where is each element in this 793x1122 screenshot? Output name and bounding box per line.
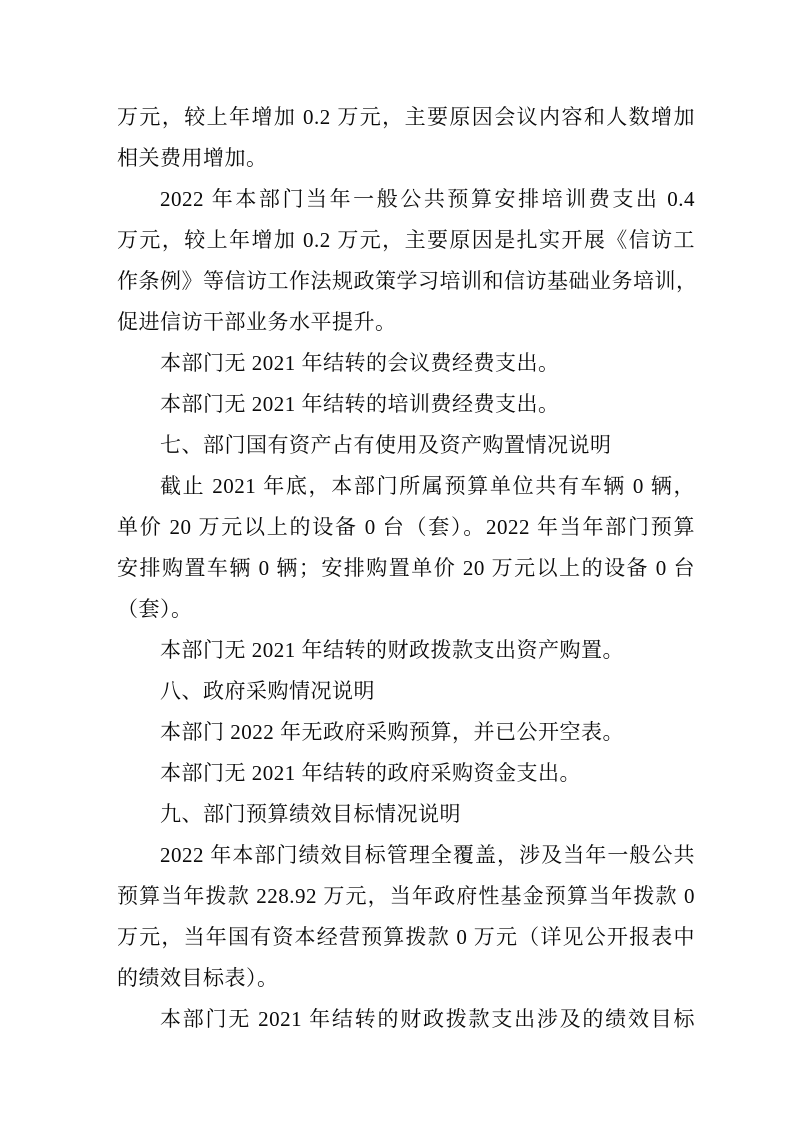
heading-line: 七、部门国有资产占有使用及资产购置情况说明 <box>117 425 695 466</box>
text-line: 2022 年本部门当年一般公共预算安排培训费支出 0.4 <box>117 179 695 220</box>
heading-line: 八、政府采购情况说明 <box>117 671 695 712</box>
text-line: 本部门 2022 年无政府采购预算，并已公开空表。 <box>117 712 695 753</box>
document-text-block: 万元，较上年增加 0.2 万元，主要原因会议内容和人数增加相关费用增加。2022… <box>117 97 695 1040</box>
document-page: 万元，较上年增加 0.2 万元，主要原因会议内容和人数增加相关费用增加。2022… <box>0 0 793 1122</box>
text-line: 截止 2021 年底，本部门所属预算单位共有车辆 0 辆， <box>117 466 695 507</box>
text-line: 单价 20 万元以上的设备 0 台（套）。2022 年当年部门预算 <box>117 507 695 548</box>
text-line: 本部门无 2021 年结转的培训费经费支出。 <box>117 384 695 425</box>
text-line: 相关费用增加。 <box>117 138 695 179</box>
text-line: 2022 年本部门绩效目标管理全覆盖，涉及当年一般公共 <box>117 835 695 876</box>
text-line: 万元，较上年增加 0.2 万元，主要原因是扎实开展《信访工 <box>117 220 695 261</box>
text-line: 预算当年拨款 228.92 万元，当年政府性基金预算当年拨款 0 <box>117 876 695 917</box>
text-line: 本部门无 2021 年结转的政府采购资金支出。 <box>117 753 695 794</box>
heading-line: 九、部门预算绩效目标情况说明 <box>117 794 695 835</box>
text-line: 促进信访干部业务水平提升。 <box>117 302 695 343</box>
text-line: 本部门无 2021 年结转的财政拨款支出资产购置。 <box>117 630 695 671</box>
text-line: 作条例》等信访工作法规政策学习培训和信访基础业务培训， <box>117 261 695 302</box>
text-line: （套）。 <box>117 589 695 630</box>
text-line: 万元，当年国有资本经营预算拨款 0 万元（详见公开报表中 <box>117 917 695 958</box>
text-line: 本部门无 2021 年结转的会议费经费支出。 <box>117 343 695 384</box>
text-line: 的绩效目标表）。 <box>117 958 695 999</box>
text-line: 安排购置车辆 0 辆；安排购置单价 20 万元以上的设备 0 台 <box>117 548 695 589</box>
text-line: 本部门无 2021 年结转的财政拨款支出涉及的绩效目标 <box>117 999 695 1040</box>
text-line: 万元，较上年增加 0.2 万元，主要原因会议内容和人数增加 <box>117 97 695 138</box>
